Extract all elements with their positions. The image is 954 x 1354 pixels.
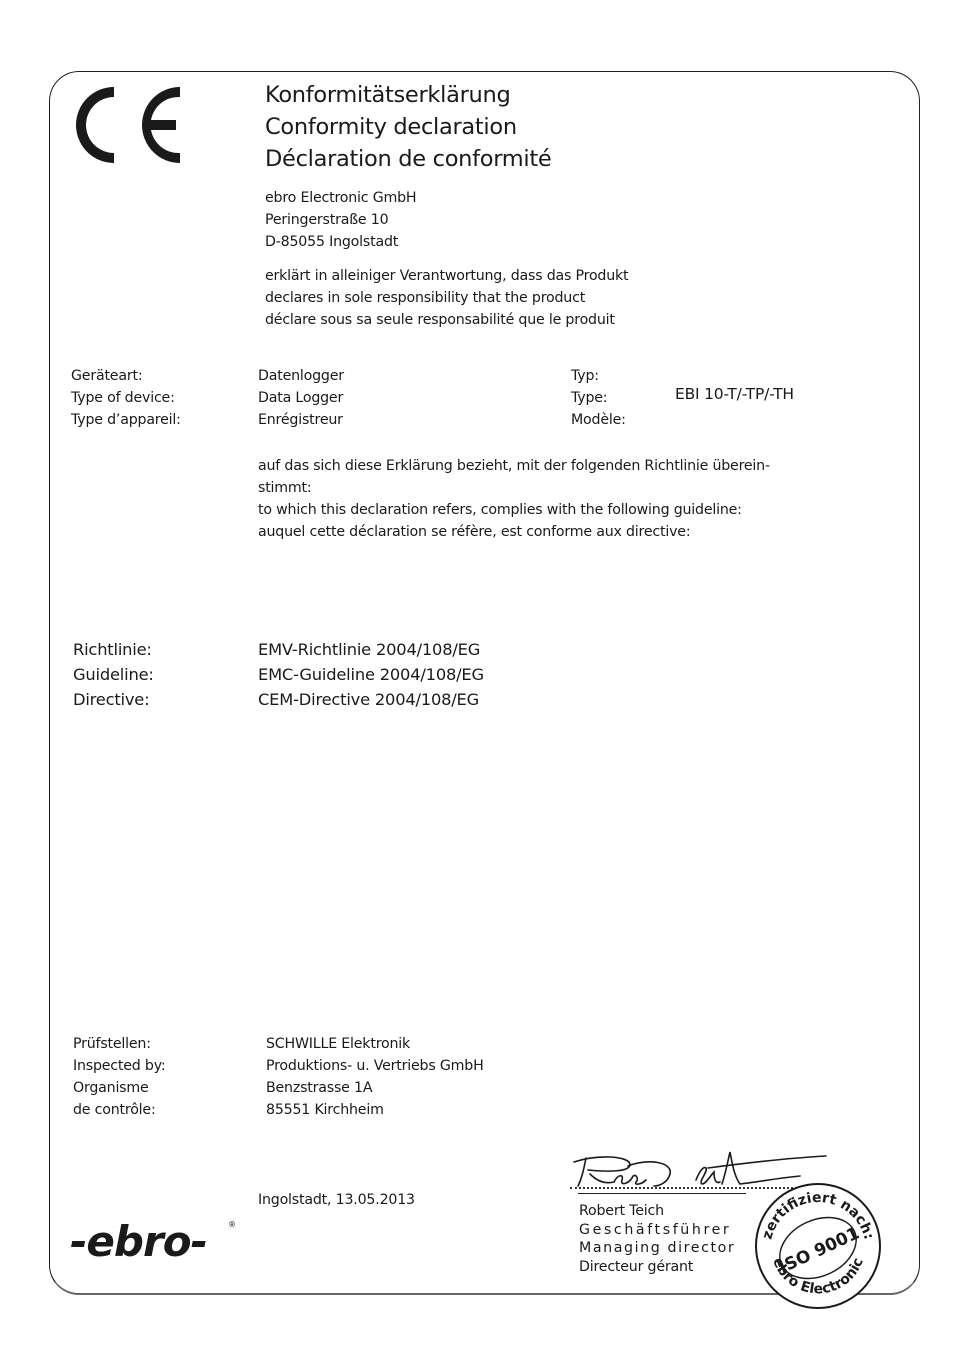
declaration-line-fr: déclare sous sa seule responsabilité que… [265,309,628,331]
device-values: Datenlogger Data Logger Enrégistreur [258,365,344,431]
inspection-label-en: Inspected by: [73,1055,165,1077]
iso-9001-seal-icon: zertifiziert nach: ebro Electronic ISO 9… [752,1180,884,1312]
declaration-statement: erklärt in alleiniger Verantwortung, das… [265,265,628,331]
svg-text:-ebro-: -ebro- [70,1218,207,1263]
signer-title-en: Managing director [579,1239,735,1258]
declaration-line-de: erklärt in alleiniger Verantwortung, das… [265,265,628,287]
signature-underline [578,1193,746,1194]
guideline-value-fr: CEM-Directive 2004/108/EG [258,687,484,712]
inspector-city: 85551 Kirchheim [266,1099,484,1121]
declaration-line-en: declares in sole responsibility that the… [265,287,628,309]
inspection-labels: Prüfstellen: Inspected by: Organisme de … [73,1033,165,1121]
inspection-label-fr-2: de contrôle: [73,1099,165,1121]
type-label-fr: Modèle: [571,409,626,431]
manufacturer-name: ebro Electronic GmbH [265,187,416,209]
conformity-statement: auf das sich diese Erklärung bezieht, mi… [258,455,770,543]
manufacturer-address: ebro Electronic GmbH Peringerstraße 10 D… [265,187,416,253]
guideline-labels: Richtlinie: Guideline: Directive: [73,637,154,712]
type-value: EBI 10-T/-TP/-TH [675,385,794,403]
inspection-label-de: Prüfstellen: [73,1033,165,1055]
guideline-label-fr: Directive: [73,687,154,712]
type-label-en: Type: [571,387,626,409]
document-frame [49,71,920,1295]
title-german: Konformitätserklärung [265,79,510,111]
conformity-line-de-2: stimmt: [258,477,770,499]
signer-name: Robert Teich [579,1202,735,1221]
title-french: Déclaration de conformité [265,143,551,175]
ce-mark-icon [70,84,185,166]
device-value-fr: Enrégistreur [258,409,344,431]
guideline-values: EMV-Richtlinie 2004/108/EG EMC-Guideline… [258,637,484,712]
guideline-label-de: Richtlinie: [73,637,154,662]
device-label-de: Geräteart: [71,365,181,387]
type-labels: Typ: Type: Modèle: [571,365,626,431]
inspection-label-fr-1: Organisme [73,1077,165,1099]
conformity-line-en: to which this declaration refers, compli… [258,499,770,521]
conformity-line-fr: auquel cette déclaration se réfère, est … [258,521,770,543]
manufacturer-street: Peringerstraße 10 [265,209,416,231]
device-value-de: Datenlogger [258,365,344,387]
signer-title-de: Geschäftsführer [579,1221,735,1240]
inspector-name: SCHWILLE Elektronik [266,1033,484,1055]
title-english: Conformity declaration [265,111,517,143]
type-label-de: Typ: [571,365,626,387]
conformity-line-de-1: auf das sich diese Erklärung bezieht, mi… [258,455,770,477]
guideline-value-de: EMV-Richtlinie 2004/108/EG [258,637,484,662]
inspection-address: SCHWILLE Elektronik Produktions- u. Vert… [266,1033,484,1121]
svg-text:®: ® [228,1220,236,1229]
device-value-en: Data Logger [258,387,344,409]
signer-block: Robert Teich Geschäftsführer Managing di… [579,1202,735,1276]
device-label-en: Type of device: [71,387,181,409]
device-label-fr: Type d’appareil: [71,409,181,431]
place-date: Ingolstadt, 13.05.2013 [258,1189,415,1211]
guideline-value-en: EMC-Guideline 2004/108/EG [258,662,484,687]
guideline-label-en: Guideline: [73,662,154,687]
manufacturer-city: D-85055 Ingolstadt [265,231,416,253]
device-labels: Geräteart: Type of device: Type d’appare… [71,365,181,431]
inspector-company: Produktions- u. Vertriebs GmbH [266,1055,484,1077]
inspector-street: Benzstrasse 1A [266,1077,484,1099]
signer-title-fr: Directeur gérant [579,1258,735,1277]
ebro-logo-icon: -ebro- ® [70,1218,240,1263]
